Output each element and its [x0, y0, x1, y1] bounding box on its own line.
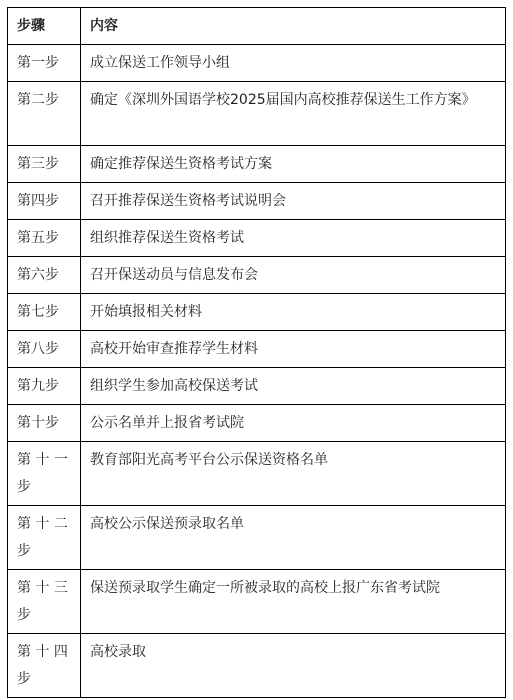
content-cell: 保送预录取学生确定一所被录取的高校上报广东省考试院 [81, 570, 506, 634]
table-header-row: 步骤 内容 [8, 8, 506, 45]
step-cell: 第一步 [8, 45, 81, 82]
content-cell: 确定推荐保送生资格考试方案 [81, 146, 506, 183]
step-cell: 第六步 [8, 257, 81, 294]
content-cell: 召开保送动员与信息发布会 [81, 257, 506, 294]
content-cell: 高校开始审查推荐学生材料 [81, 331, 506, 368]
table-row: 第七步 开始填报相关材料 [8, 294, 506, 331]
table-row: 第 十 一 步 教育部阳光高考平台公示保送资格名单 [8, 442, 506, 506]
step-cell: 第九步 [8, 368, 81, 405]
step-cell: 第二步 [8, 82, 81, 146]
content-cell: 确定《深圳外国语学校2025届国内高校推荐保送生工作方案》 [81, 82, 506, 146]
table-row: 第 十 四 步 高校录取 [8, 634, 506, 698]
step-cell: 第 十 一 步 [8, 442, 81, 506]
table-row: 第八步 高校开始审查推荐学生材料 [8, 331, 506, 368]
step-cell: 第 十 四 步 [8, 634, 81, 698]
step-cell: 第 十 二 步 [8, 506, 81, 570]
table-row: 第 十 二 步 高校公示保送预录取名单 [8, 506, 506, 570]
table-row: 第六步 召开保送动员与信息发布会 [8, 257, 506, 294]
step-cell: 第 十 三 步 [8, 570, 81, 634]
step-cell: 第十步 [8, 405, 81, 442]
admission-steps-table: 步骤 内容 第一步 成立保送工作领导小组 第二步 确定《深圳外国语学校2025届… [7, 7, 506, 698]
table-row: 第三步 确定推荐保送生资格考试方案 [8, 146, 506, 183]
content-cell: 开始填报相关材料 [81, 294, 506, 331]
content-cell: 高校公示保送预录取名单 [81, 506, 506, 570]
step-cell: 第八步 [8, 331, 81, 368]
table-row: 第五步 组织推荐保送生资格考试 [8, 220, 506, 257]
content-cell: 组织学生参加高校保送考试 [81, 368, 506, 405]
step-cell: 第四步 [8, 183, 81, 220]
content-cell: 召开推荐保送生资格考试说明会 [81, 183, 506, 220]
table-row: 第二步 确定《深圳外国语学校2025届国内高校推荐保送生工作方案》 [8, 82, 506, 146]
table-row: 第四步 召开推荐保送生资格考试说明会 [8, 183, 506, 220]
step-cell: 第五步 [8, 220, 81, 257]
header-step: 步骤 [8, 8, 81, 45]
content-cell: 成立保送工作领导小组 [81, 45, 506, 82]
step-cell: 第三步 [8, 146, 81, 183]
content-cell: 高校录取 [81, 634, 506, 698]
header-content: 内容 [81, 8, 506, 45]
table-row: 第一步 成立保送工作领导小组 [8, 45, 506, 82]
content-cell: 教育部阳光高考平台公示保送资格名单 [81, 442, 506, 506]
table-row: 第 十 三 步 保送预录取学生确定一所被录取的高校上报广东省考试院 [8, 570, 506, 634]
table-row: 第十步 公示名单并上报省考试院 [8, 405, 506, 442]
step-cell: 第七步 [8, 294, 81, 331]
content-cell: 组织推荐保送生资格考试 [81, 220, 506, 257]
content-cell: 公示名单并上报省考试院 [81, 405, 506, 442]
table-row: 第九步 组织学生参加高校保送考试 [8, 368, 506, 405]
